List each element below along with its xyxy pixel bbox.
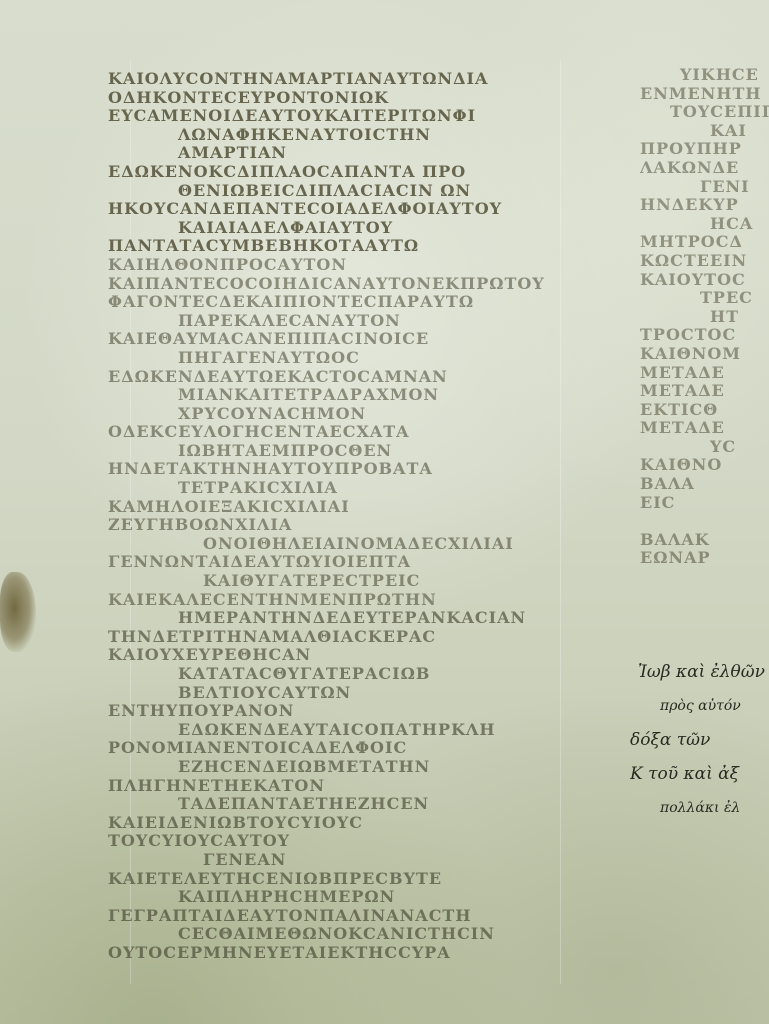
- text-line: ΗΚΟΥϹΑΝΔΕΠΑΝΤΕϹΟΙΑΔΕΛΦΟΙΑΥΤΟΥ: [108, 200, 588, 219]
- annotation-line: δόξα τῶν: [630, 723, 769, 757]
- text-line: ΓΕΓΡΑΠΤΑΙΔΕΑΥΤΟΝΠΑΛΙΝΑΝΑϹΤΗ: [108, 907, 588, 926]
- text-line: ΕΚΤΙϹΘ: [640, 401, 769, 420]
- text-line: ΕΙϹ: [640, 494, 769, 513]
- text-line: ΠΡΟΥΠΗΡ: [640, 140, 769, 159]
- annotation-line: Ἰωβ καὶ ἐλθῶν: [630, 655, 769, 689]
- text-line: ΕΝΜΕΝΗΤΗ: [640, 85, 769, 104]
- text-line: ΦΑΓΟΝΤΕϹΔΕΚΑΙΠΙΟΝΤΕϹΠΑΡΑΥΤΩ: [108, 293, 588, 312]
- text-line: ΜΙΑΝΚΑΙΤΕΤΡΑΔΡΑΧΜΟΝ: [108, 386, 588, 405]
- text-line: ΕΔΩΚΕΝΔΕΑΥΤΩΕΚΑϹΤΟϹΑΜΝΑΝ: [108, 368, 588, 387]
- text-line: ΕΔΩΚΕΝΔΕΑΥΤΑΙϹΟΠΑΤΗΡΚΛΗ: [108, 721, 588, 740]
- text-line: ΟΥΤΟϹΕΡΜΗΝΕΥΕΤΑΙΕΚΤΗϹϹΥΡΑ: [108, 944, 588, 963]
- text-line: ΗΝΔΕΤΑΚΤΗΝΗΑΥΤΟΥΠΡΟΒΑΤΑ: [108, 460, 588, 479]
- text-line: ΗΜΕΡΑΝΤΗΝΔΕΔΕΥΤΕΡΑΝΚΑϹΙΑΝ: [108, 609, 588, 628]
- text-line: ΚΑΙΗΛΘΟΝΠΡΟϹΑΥΤΟΝ: [108, 256, 588, 275]
- text-line: ΕΩΝΑΡ: [640, 549, 769, 568]
- text-line: ΚΑΙΕΙΔΕΝΙΩΒΤΟΥϹΥΙΟΥϹ: [108, 814, 588, 833]
- text-line: ΤΕΤΡΑΚΙϹΧΙΛΙΑ: [108, 479, 588, 498]
- text-line: ΚΑΙΕΚΑΛΕϹΕΝΤΗΝΜΕΝΠΡΩΤΗΝ: [108, 591, 588, 610]
- text-line: ΕΝΤΗΥΠΟΥΡΑΝΟΝ: [108, 702, 588, 721]
- text-line: ΚΑΙ: [640, 122, 769, 141]
- text-line: ΟΔΗΚΟΝΤΕϹΕΥΡΟΝΤΟΝΙΩΚ: [108, 89, 588, 108]
- text-line: ΠΑΡΕΚΑΛΕϹΑΝΑΥΤΟΝ: [108, 312, 588, 331]
- text-line: ΛΩΝΑΦΗΚΕΝΑΥΤΟΙϹΤΗΝ: [108, 126, 588, 145]
- text-line: ΠΑΝΤΑΤΑϹΥΜΒΕΒΗΚΟΤΑΑΥΤΩ: [108, 237, 588, 256]
- text-line: ΚΑΙΟΥΧΕΥΡΕΘΗϹΑΝ: [108, 646, 588, 665]
- text-line: ΚΑΜΗΛΟΙΕΞΑΚΙϹΧΙΛΙΑΙ: [108, 498, 588, 517]
- text-line: ΚΑΙΘΝΟ: [640, 456, 769, 475]
- text-line: ΤΑΔΕΠΑΝΤΑΕΤΗΕΖΗϹΕΝ: [108, 795, 588, 814]
- text-line: ΚΑΙΟΥΤΟϹ: [640, 271, 769, 290]
- text-line: ΘΕΝΙΩΒΕΙϹΔΙΠΛΑϹΙΑϹΙΝ ΩΝ: [108, 182, 588, 201]
- main-text-column: ΚΑΙΟΛΥϹΟΝΤΗΝΑΜΑΡΤΙΑΝΑΥΤΩΝΔΙΑ ΟΔΗΚΟΝΤΕϹΕΥ…: [108, 70, 588, 963]
- text-line: ΚΑΙΘΝΟΜ: [640, 345, 769, 364]
- text-line: ΗΝΔΕΚΥΡ: [640, 196, 769, 215]
- text-line: ΒΑΛΑΚ: [640, 531, 769, 550]
- annotation-line: πολλάκι ἐλ: [630, 791, 769, 825]
- text-line: ΟΔΕΚϹΕΥΛΟΓΗϹΕΝΤΑΕϹΧΑΤΑ: [108, 423, 588, 442]
- text-line: ΠΗΓΑΓΕΝΑΥΤΩΟϹ: [108, 349, 588, 368]
- text-line: ΤΗΝΔΕΤΡΙΤΗΝΑΜΑΛΘΙΑϹΚΕΡΑϹ: [108, 628, 588, 647]
- text-line: ΛΑΚΩΝΔΕ: [640, 159, 769, 178]
- text-line: ΗΤ: [640, 308, 769, 327]
- text-line: ΟΝΟΙΘΗΛΕΙΑΙΝΟΜΑΔΕϹΧΙΛΙΑΙ: [108, 535, 588, 554]
- text-line: ΚΑΙΕΘΑΥΜΑϹΑΝΕΠΙΠΑϹΙΝΟΙϹΕ: [108, 330, 588, 349]
- text-line: ΖΕΥΓΗΒΟΩΝΧΙΛΙΑ: [108, 516, 588, 535]
- text-line: ΠΛΗΓΗΝΕΤΗΕΚΑΤΟΝ: [108, 777, 588, 796]
- parchment-page: ΚΑΙΟΛΥϹΟΝΤΗΝΑΜΑΡΤΙΑΝΑΥΤΩΝΔΙΑ ΟΔΗΚΟΝΤΕϹΕΥ…: [0, 0, 769, 1024]
- annotation-line: Κ τοῦ καὶ ἀξ: [630, 757, 769, 791]
- marginal-annotation: Ἰωβ καὶ ἐλθῶν πρὸς αὐτόν δόξα τῶν Κ τοῦ …: [630, 655, 769, 825]
- text-line: ΙΩΒΗΤΑΕΜΠΡΟϹΘΕΝ: [108, 442, 588, 461]
- text-line: ΜΗΤΡΟϹΔ: [640, 233, 769, 252]
- text-line: ΚΑΙΠΑΝΤΕϹΟϹΟΙΗΔΙϹΑΝΑΥΤΟΝΕΚΠΡΩΤΟΥ: [108, 275, 588, 294]
- text-line: ΧΡΥϹΟΥΝΑϹΗΜΟΝ: [108, 405, 588, 424]
- text-line: [640, 512, 769, 531]
- text-line: ΕΥϹΑΜΕΝΟΙΔΕΑΥΤΟΥΚΑΙΤΕΡΙΤΩΝΦΙ: [108, 107, 588, 126]
- text-line: ΒΑΛΑ: [640, 475, 769, 494]
- text-line: ΕΖΗϹΕΝΔΕΙΩΒΜΕΤΑΤΗΝ: [108, 758, 588, 777]
- annotation-line: πρὸς αὐτόν: [630, 689, 769, 723]
- text-line: ΓΕΝΝΩΝΤΑΙΔΕΑΥΤΩΥΙΟΙΕΠΤΑ: [108, 553, 588, 572]
- text-line: ΚΑΤΑΤΑϹΘΥΓΑΤΕΡΑϹΙΩΒ: [108, 665, 588, 684]
- water-stain: [0, 572, 36, 652]
- text-line: ΗϹΑ: [640, 215, 769, 234]
- text-line: ΚΑΙΕΤΕΛΕΥΤΗϹΕΝΙΩΒΠΡΕϹΒΥΤΕ: [108, 870, 588, 889]
- text-line: ΚΑΙΟΛΥϹΟΝΤΗΝΑΜΑΡΤΙΑΝΑΥΤΩΝΔΙΑ: [108, 70, 588, 89]
- text-line: ΓΕΝΕΑΝ: [108, 851, 588, 870]
- text-line: ΡΟΝΟΜΙΑΝΕΝΤΟΙϹΑΔΕΛΦΟΙϹ: [108, 739, 588, 758]
- text-line: ΜΕΤΑΔΕ: [640, 382, 769, 401]
- text-line: ΚΑΙΑΙΑΔΕΛΦΑΙΑΥΤΟΥ: [108, 219, 588, 238]
- text-line: ΤΟΥϹΕΠΙΠ: [640, 103, 769, 122]
- text-line: ΤΡΕϹ: [640, 289, 769, 308]
- text-line: ΓΕΝΙ: [640, 178, 769, 197]
- text-line: ΚΑΙΘΥΓΑΤΕΡΕϹΤΡΕΙϹ: [108, 572, 588, 591]
- text-line: ΥΙΚΗϹΕ: [640, 66, 769, 85]
- text-line: ΤΟΥϹΥΙΟΥϹΑΥΤΟΥ: [108, 832, 588, 851]
- text-line: ΜΕΤΑΔΕ: [640, 364, 769, 383]
- text-line: ΚΩϹΤΕΕΙΝ: [640, 252, 769, 271]
- text-line: ΚΑΙΠΛΗΡΗϹΗΜΕΡΩΝ: [108, 888, 588, 907]
- text-line: ΑΜΑΡΤΙΑΝ: [108, 144, 588, 163]
- text-line: ΤΡΟϹΤΟϹ: [640, 326, 769, 345]
- text-line: ΜΕΤΑΔΕ: [640, 419, 769, 438]
- text-line: ΒΕΛΤΙΟΥϹΑΥΤΩΝ: [108, 684, 588, 703]
- text-line: ϹΕϹΘΑΙΜΕΘΩΝΟΚϹΑΝΙϹΤΗϹΙΝ: [108, 925, 588, 944]
- text-line: ΕΔΩΚΕΝΟΚϹΔΙΠΛΑΟϹΑΠΑΝΤΑ ΠΡΟ: [108, 163, 588, 182]
- right-text-column: ΥΙΚΗϹΕ ΕΝΜΕΝΗΤΗ ΤΟΥϹΕΠΙΠ ΚΑΙ ΠΡΟΥΠΗΡ ΛΑΚ…: [640, 66, 769, 568]
- text-line: ΥϹ: [640, 438, 769, 457]
